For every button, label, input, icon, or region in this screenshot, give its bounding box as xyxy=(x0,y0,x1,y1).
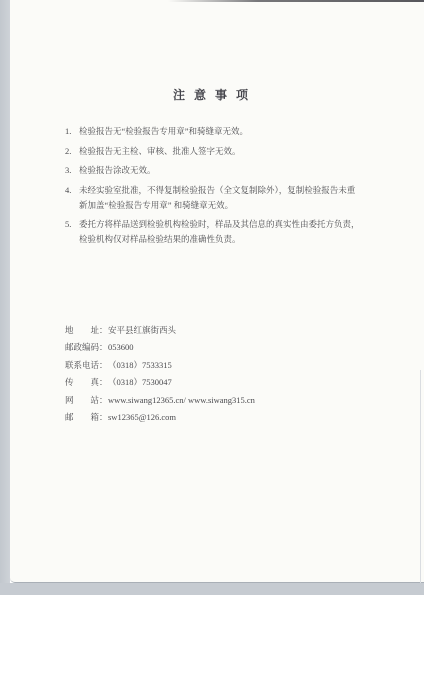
list-item: 4. 未经实验室批准，不得复制检验报告（全文复制除外），复制检验报告未重新加盖“… xyxy=(65,183,361,213)
list-item-text: 检验报告无“检验报告专用章”和骑缝章无效。 xyxy=(79,126,248,136)
contact-value-website: www.siwang12365.cn/ www.siwang315.cn xyxy=(108,395,255,405)
list-item: 5. 委托方将样品送到检验机构检验时，样品及其信息的真实性由委托方负责，检验机构… xyxy=(65,217,361,247)
contact-label: 传 真： xyxy=(65,374,108,391)
contact-value: 安平县红旗街西头 xyxy=(108,325,176,335)
list-item: 1. 检验报告无“检验报告专用章”和骑缝章无效。 xyxy=(65,124,361,139)
page-title: 注 意 事 项 xyxy=(0,86,424,103)
contact-row-postal-code: 邮政编码：053600 xyxy=(65,339,385,356)
contact-label: 网 站： xyxy=(65,392,108,409)
page-right-edge-line xyxy=(420,370,421,583)
notice-list: 1. 检验报告无“检验报告专用章”和骑缝章无效。 2. 检验报告无主检、审核、批… xyxy=(65,124,361,252)
contact-label: 地 址： xyxy=(65,322,108,339)
contact-value: 053600 xyxy=(108,342,134,352)
contact-label: 邮 箱： xyxy=(65,409,108,426)
contact-info: 地 址：安平县红旗街西头 邮政编码：053600 联系电话：（0318）7533… xyxy=(65,322,385,426)
contact-value: （0318）7530047 xyxy=(108,377,172,387)
contact-row-website: 网 站：www.siwang12365.cn/ www.siwang315.cn xyxy=(65,392,385,409)
list-item-number: 1. xyxy=(65,124,71,139)
list-item-number: 2. xyxy=(65,144,71,159)
contact-value-email: sw12365@126.com xyxy=(108,412,176,422)
list-item-number: 5. xyxy=(65,217,71,232)
list-item-text: 检验报告涂改无效。 xyxy=(79,165,156,175)
contact-row-phone: 联系电话：（0318）7533315 xyxy=(65,357,385,374)
contact-row-email: 邮 箱：sw12365@126.com xyxy=(65,409,385,426)
list-item-text: 委托方将样品送到检验机构检验时，样品及其信息的真实性由委托方负责，检验机构仅对样… xyxy=(79,219,360,244)
page-top-edge-line xyxy=(168,0,424,2)
contact-value: （0318）7533315 xyxy=(108,360,172,370)
contact-label: 联系电话： xyxy=(65,357,108,374)
list-item-text: 未经实验室批准，不得复制检验报告（全文复制除外），复制检验报告未重新加盖“检验报… xyxy=(79,185,355,210)
list-item-number: 4. xyxy=(65,183,71,198)
list-item-number: 3. xyxy=(65,163,71,178)
list-item-text: 检验报告无主检、审核、批准人签字无效。 xyxy=(79,146,241,156)
contact-label: 邮政编码： xyxy=(65,339,108,356)
list-item: 3. 检验报告涂改无效。 xyxy=(65,163,361,178)
list-item: 2. 检验报告无主检、审核、批准人签字无效。 xyxy=(65,144,361,159)
scanner-background-bottom xyxy=(0,583,424,595)
contact-row-address: 地 址：安平县红旗街西头 xyxy=(65,322,385,339)
contact-row-fax: 传 真：（0318）7530047 xyxy=(65,374,385,391)
scanned-document: 注 意 事 项 1. 检验报告无“检验报告专用章”和骑缝章无效。 2. 检验报告… xyxy=(0,0,424,700)
